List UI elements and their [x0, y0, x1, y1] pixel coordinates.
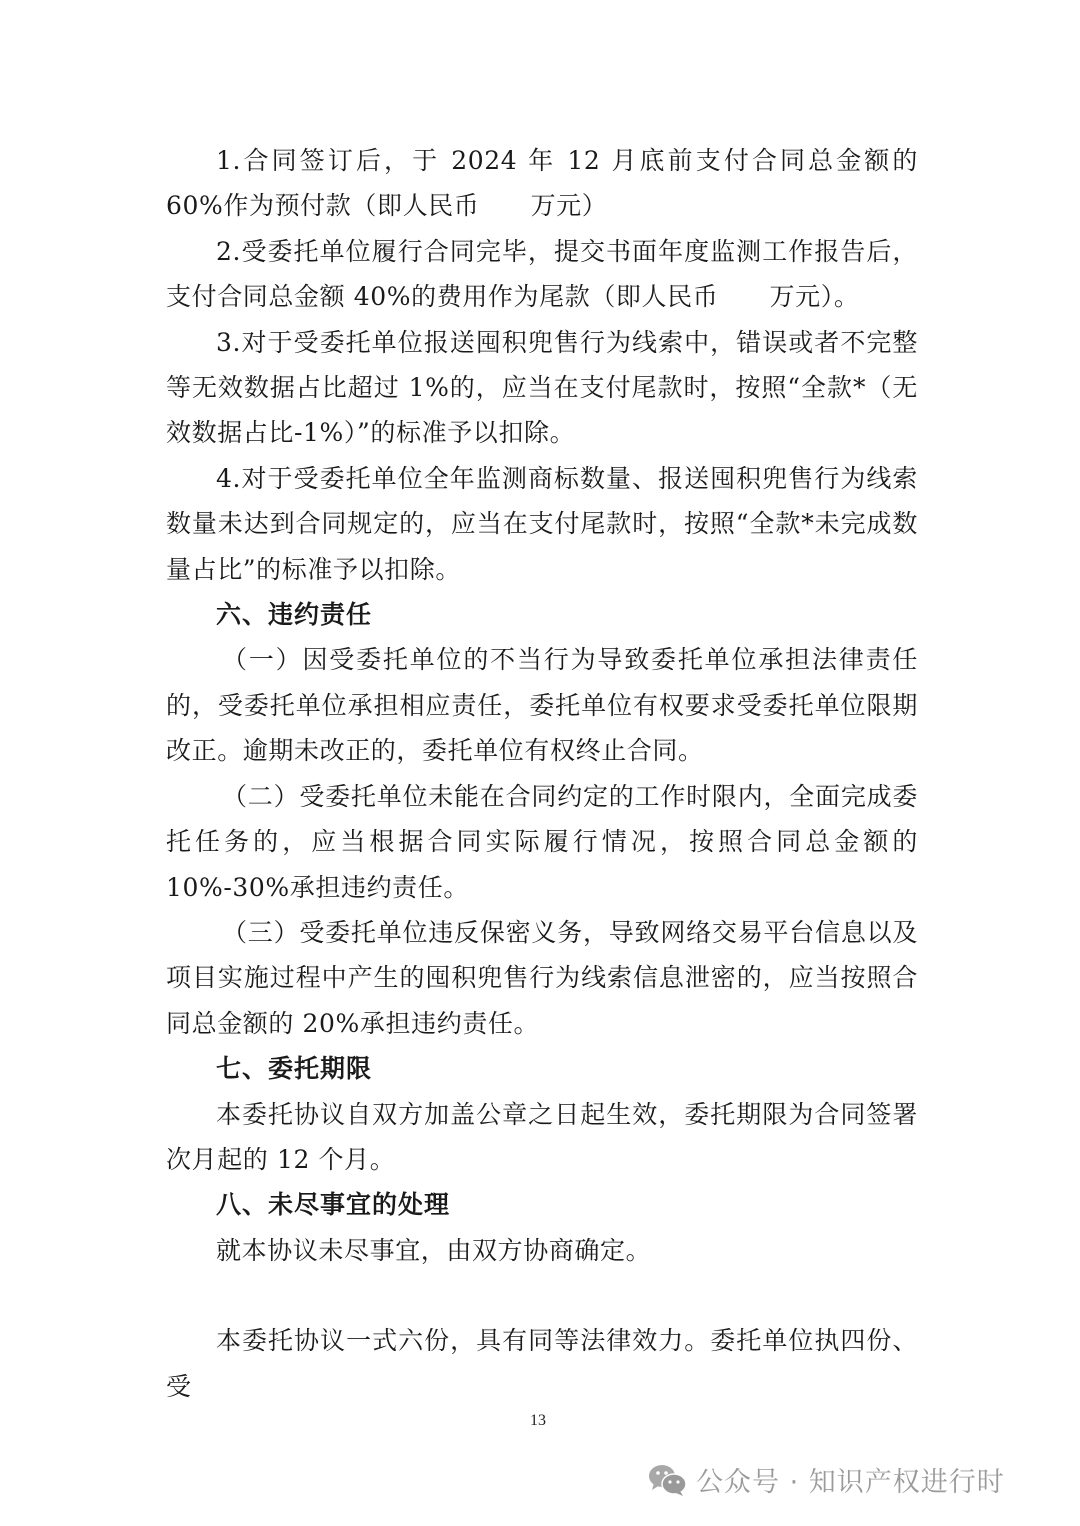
copies-clause: 本委托协议一式六份，具有同等法律效力。委托单位执四份、受 — [166, 1318, 918, 1409]
payment-clause-4: 4.对于受委托单位全年监测商标数量、报送囤积兜售行为线索数量未达到合同规定的，应… — [166, 456, 918, 592]
payment-clause-3: 3.对于受委托单位报送囤积兜售行为线索中，错误或者不完整等无效数据占比超过 1%… — [166, 320, 918, 456]
blank-line — [166, 1273, 918, 1318]
payment-clause-2: 2.受委托单位履行合同完毕，提交书面年度监测工作报告后，支付合同总金额 40%的… — [166, 229, 918, 320]
other-matters-clause: 就本协议未尽事宜，由双方协商确定。 — [166, 1228, 918, 1273]
section-heading-breach-liability: 六、违约责任 — [166, 592, 918, 637]
section-heading-term: 七、委托期限 — [166, 1046, 918, 1091]
breach-clause-3: （三）受委托单位违反保密义务，导致网络交易平台信息以及项目实施过程中产生的囤积兜… — [166, 910, 918, 1046]
breach-clause-2: （二）受委托单位未能在合同约定的工作时限内，全面完成委托任务的，应当根据合同实际… — [166, 774, 918, 910]
section-heading-other-matters: 八、未尽事宜的处理 — [166, 1182, 918, 1227]
term-clause: 本委托协议自双方加盖公章之日起生效，委托期限为合同签署次月起的 12 个月。 — [166, 1092, 918, 1183]
payment-clause-1: 1.合同签订后，于 2024 年 12 月底前支付合同总金额的 60%作为预付款… — [166, 138, 918, 229]
breach-clause-1: （一）因受委托单位的不当行为导致委托单位承担法律责任的，受委托单位承担相应责任，… — [166, 637, 918, 773]
page-number: 13 — [530, 1412, 546, 1430]
document-page: 1.合同签订后，于 2024 年 12 月底前支付合同总金额的 60%作为预付款… — [166, 138, 918, 1409]
wechat-icon — [648, 1463, 688, 1497]
watermark-text: 公众号 · 知识产权进行时 — [696, 1460, 1005, 1499]
watermark: 公众号 · 知识产权进行时 — [648, 1460, 1005, 1499]
